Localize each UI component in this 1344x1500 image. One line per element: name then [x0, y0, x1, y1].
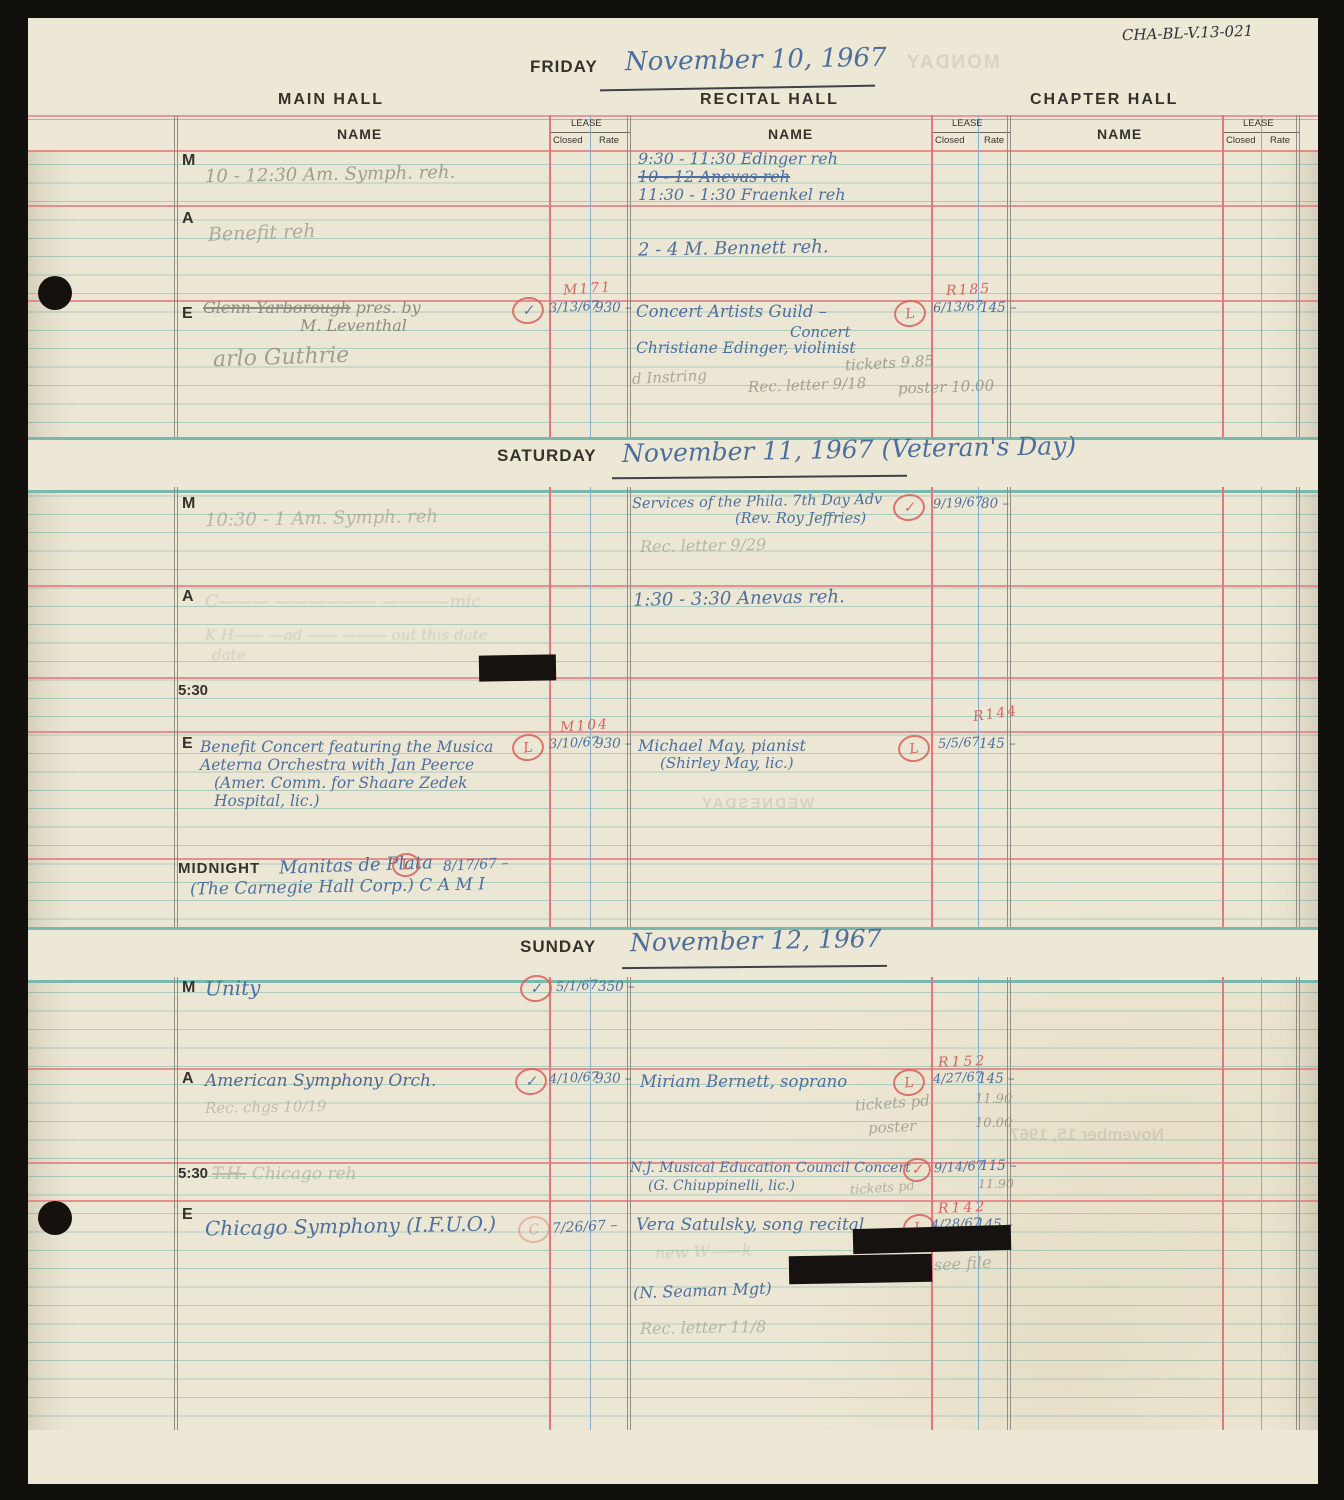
erased-note-2: K H—— —ad —— ——— out this date [205, 628, 488, 644]
grid-line-v [1299, 977, 1300, 1430]
lease-rate: 930 – [595, 301, 632, 315]
check-glyph: ✓ [529, 980, 543, 997]
lease-rate: 930 – [595, 1072, 632, 1086]
note-tickets-amt: 11.90 [975, 1093, 1012, 1107]
entry-sunday-recital-e1: Vera Satulsky, song recital [636, 1217, 864, 1235]
row-label-m: M [182, 153, 195, 170]
entry-saturday-main-e4: Hospital, lic.) [214, 793, 320, 809]
grid-line-v [1296, 977, 1297, 1430]
lease-rate: 115 – [980, 1159, 1017, 1173]
grid-line-v [1299, 487, 1300, 927]
row-label-e: E [182, 736, 193, 753]
closed-label-main: Closed [553, 136, 583, 146]
bottom-margin-band [28, 1430, 1318, 1484]
grid-line-v [1261, 115, 1262, 437]
grid-line-v [174, 115, 175, 437]
row-label-530: 5:30 [178, 683, 208, 699]
grid-line-v [549, 115, 551, 437]
lease-closed-date: 6/13/67 [933, 300, 984, 316]
entry-sunday-recital-a: Miriam Bernett, soprano [640, 1073, 847, 1090]
grid-line-v [177, 977, 178, 1430]
entry-friday-main-e2: M. Leventhal [300, 318, 407, 335]
date-friday: November 10, 1967 [625, 45, 887, 77]
entry-sunday-recital-530-1: N.J. Musical Education Council Concert [630, 1161, 911, 1176]
grid-line-v [1261, 977, 1262, 1430]
entry-saturday-recital-a: 1:30 - 3:30 Anevas reh. [633, 588, 845, 611]
lease-label-chapter: LEASE [1243, 119, 1274, 129]
entry-text: Chicago reh [252, 1164, 357, 1184]
l-glyph: L [522, 739, 533, 756]
entry-saturday-recital-e2: (Shirley May, lic.) [660, 756, 794, 772]
lease-closed-date: 3/10/67 [549, 736, 600, 752]
scanned-ledger-page: MONDAY WEDNESDAY November 15, 1967 [0, 0, 1344, 1500]
l-glyph: L [908, 740, 919, 757]
day-heading-sunday: SUNDAY [520, 938, 596, 956]
lease-closed-date: 9/19/67 [933, 496, 984, 512]
entry-saturday-main-e2: Aeterna Orchestra with Jan Peerce [200, 757, 474, 773]
grid-line-v [931, 977, 933, 1430]
grid-line-v [1299, 115, 1300, 437]
check-glyph: ✓ [910, 1161, 924, 1178]
hole-punch [38, 276, 72, 310]
grid-line-h [28, 731, 1318, 733]
entry-sunday-main-m: Unity [205, 978, 261, 1000]
grid-line-h [28, 585, 1318, 587]
lease-code: M104 [560, 717, 610, 735]
lease-closed-date: 7/26/67 – [552, 1218, 618, 1236]
entry-sunday-main-e: Chicago Symphony (I.F.U.O.) [205, 1213, 496, 1239]
lease-closed-date: 9/14/67 [934, 1160, 985, 1176]
grid-line-v [1222, 977, 1224, 1430]
lease-rate: 145 – [979, 737, 1016, 751]
entry-friday-recital-m3: 11:30 - 1:30 Fraenkel reh [638, 187, 846, 204]
grid-line-v [1010, 977, 1011, 1430]
check-glyph: ✓ [902, 499, 916, 516]
note-rec-chgs: Rec. chgs 10/19 [205, 1099, 327, 1117]
row-label-a: A [182, 589, 194, 606]
entry-saturday-recital-m2: (Rev. Roy Jeffries) [735, 512, 866, 527]
row-label-e: E [182, 1207, 193, 1224]
erased-note-3: date [212, 648, 245, 664]
grid-line-v [1007, 115, 1008, 437]
grid-line-h [28, 205, 1318, 207]
struck-name: Glenn Yarborough [203, 298, 351, 317]
grid-line-v [1296, 487, 1297, 927]
day-heading-friday: FRIDAY [530, 58, 598, 76]
note-tickets-amt: 11.90 [978, 1177, 1014, 1190]
row-label-m: M [182, 496, 195, 513]
ghost-text-monday: MONDAY [905, 52, 1000, 74]
entry-friday-recital-e2: Christiane Edinger, violinist [636, 340, 856, 356]
l-glyph: L [903, 1074, 914, 1091]
row-label-m: M [182, 980, 195, 997]
c-glyph: C [528, 1221, 541, 1238]
lease-code: M171 [563, 280, 613, 298]
grid-line-v [177, 115, 178, 437]
entry-sunday-main-530: T.H. Chicago reh [212, 1166, 357, 1184]
erased-note-1: C——— —————— ————mic [205, 594, 481, 612]
l-glyph: L [400, 856, 411, 873]
lease-rate: 350 – [598, 980, 635, 994]
entry-friday-recital-a: 2 - 4 M. Bennett reh. [638, 238, 829, 260]
note-rec-letter: Rec. letter 11/8 [640, 1319, 767, 1338]
check-glyph: ✓ [524, 1073, 538, 1090]
day-heading-saturday: SATURDAY [497, 447, 597, 465]
grid-line-v [590, 487, 591, 927]
entry-sunday-main-a: American Symphony Orch. [205, 1073, 436, 1091]
lease-closed-date: 4/10/67 [549, 1071, 600, 1087]
grid-line-v [931, 487, 933, 927]
grid-line-v [978, 487, 979, 927]
ghost-text-november: November 15, 1967 [1010, 1125, 1164, 1145]
rate-label-chapter: Rate [1270, 136, 1290, 146]
grid-line-h [28, 119, 1318, 121]
col-header-name-chapter: NAME [1097, 127, 1142, 142]
erased-note: new W——k [655, 1242, 752, 1262]
lease-box-line [931, 132, 1010, 133]
lease-code: R185 [946, 282, 992, 299]
entry-text: pres. by [356, 298, 421, 317]
lease-code: R142 [938, 1200, 988, 1216]
date-sunday: November 12, 1967 [630, 926, 882, 957]
grid-line-v [549, 977, 551, 1430]
entry-saturday-main-m: 10:30 - 1 Am. Symph. reh [205, 508, 438, 531]
entry-saturday-recital-e1: Michael May, pianist [638, 738, 806, 755]
entry-saturday-main-e1: Benefit Concert featuring the Musica [200, 739, 493, 755]
lease-closed-date: 4/27/67 [933, 1071, 984, 1087]
lease-rate: 930 – [595, 737, 632, 751]
grid-line-v [1261, 487, 1262, 927]
grid-line-v [590, 977, 591, 1430]
hall-header-main: MAIN HALL [278, 92, 384, 109]
lease-closed-date: 3/13/67 [549, 300, 600, 316]
entry-friday-main-e: Glenn Yarborough pres. by [203, 300, 421, 317]
struck-text: T.H. [212, 1164, 246, 1184]
col-header-name-recital: NAME [768, 127, 813, 142]
lease-code: R152 [938, 1054, 988, 1070]
redaction-box [853, 1225, 1012, 1254]
rate-label-recital: Rate [984, 136, 1004, 146]
row-label-530: 5:30 [178, 1166, 208, 1182]
entry-friday-recital-m2: 10 - 12 Anevas reh [638, 169, 790, 186]
note-poster: poster 10.00 [898, 378, 995, 397]
redaction-box [789, 1254, 932, 1284]
lease-closed-date: 5/5/67 [938, 736, 981, 752]
rate-label-main: Rate [599, 136, 619, 146]
grid-line-v [630, 487, 631, 927]
closed-label-recital: Closed [935, 136, 965, 146]
redaction-box [479, 654, 556, 681]
row-label-e: E [182, 306, 193, 323]
grid-line-v [627, 977, 628, 1430]
grid-line-v [627, 487, 628, 927]
row-label-a: A [182, 211, 194, 228]
entry-friday-main-e3: arlo Guthrie [213, 344, 350, 372]
lease-rate: 145 – [980, 301, 1017, 315]
grid-line-h [28, 115, 1318, 117]
lease-label-recital: LEASE [952, 119, 983, 129]
hall-header-chapter: CHAPTER HALL [1030, 92, 1178, 109]
note-poster: poster [868, 1119, 917, 1137]
grid-line-h [28, 1068, 1318, 1070]
entry-friday-recital-m1: 9:30 - 11:30 Edinger reh [638, 151, 838, 168]
grid-line-v [174, 977, 175, 1430]
l-glyph: L [904, 305, 915, 322]
entry-friday-main-a: Benefit reh [208, 222, 316, 246]
grid-line-v [630, 977, 631, 1430]
midnight-closed-date: 8/17/67 – [443, 856, 509, 874]
lease-closed-date: 5/1/67 [556, 979, 599, 995]
grid-line-h [28, 1200, 1318, 1202]
grid-line-v [174, 487, 175, 927]
closed-label-chapter: Closed [1226, 136, 1256, 146]
row-label-midnight: MIDNIGHT [178, 861, 260, 877]
grid-line-v [1222, 115, 1224, 437]
grid-line-v [627, 115, 628, 437]
ghost-text-wednesday: WEDNESDAY [700, 795, 814, 812]
grid-line-v [1007, 977, 1008, 1430]
note-poster-amt: 10.00 [975, 1117, 1012, 1131]
entry-friday-recital-e1: Concert Artists Guild – [636, 303, 827, 320]
grid-line-v [1010, 115, 1011, 437]
lease-rate: 80 – [981, 497, 1009, 511]
hall-header-recital: RECITAL HALL [700, 92, 839, 109]
note-see-file: see file [934, 1255, 992, 1275]
grid-line-v [590, 115, 591, 437]
grid-line-h [28, 677, 1318, 679]
check-glyph: ✓ [521, 302, 535, 319]
entry-saturday-main-e3: (Amer. Comm. for Shaare Zedek [214, 775, 468, 791]
hole-punch [38, 1201, 72, 1235]
note-rec-letter: Rec. letter 9/29 [640, 537, 767, 556]
grid-line-v [549, 487, 551, 927]
lease-label-main: LEASE [571, 119, 602, 129]
col-header-name-main: NAME [337, 127, 382, 142]
lease-rate: 145 – [978, 1072, 1015, 1086]
grid-line-v [1222, 487, 1224, 927]
entry-sunday-recital-530-2: (G. Chiuppinelli, lic.) [648, 1179, 795, 1194]
row-label-a: A [182, 1071, 194, 1088]
grid-line-v [630, 115, 631, 437]
grid-line-v [1296, 115, 1297, 437]
